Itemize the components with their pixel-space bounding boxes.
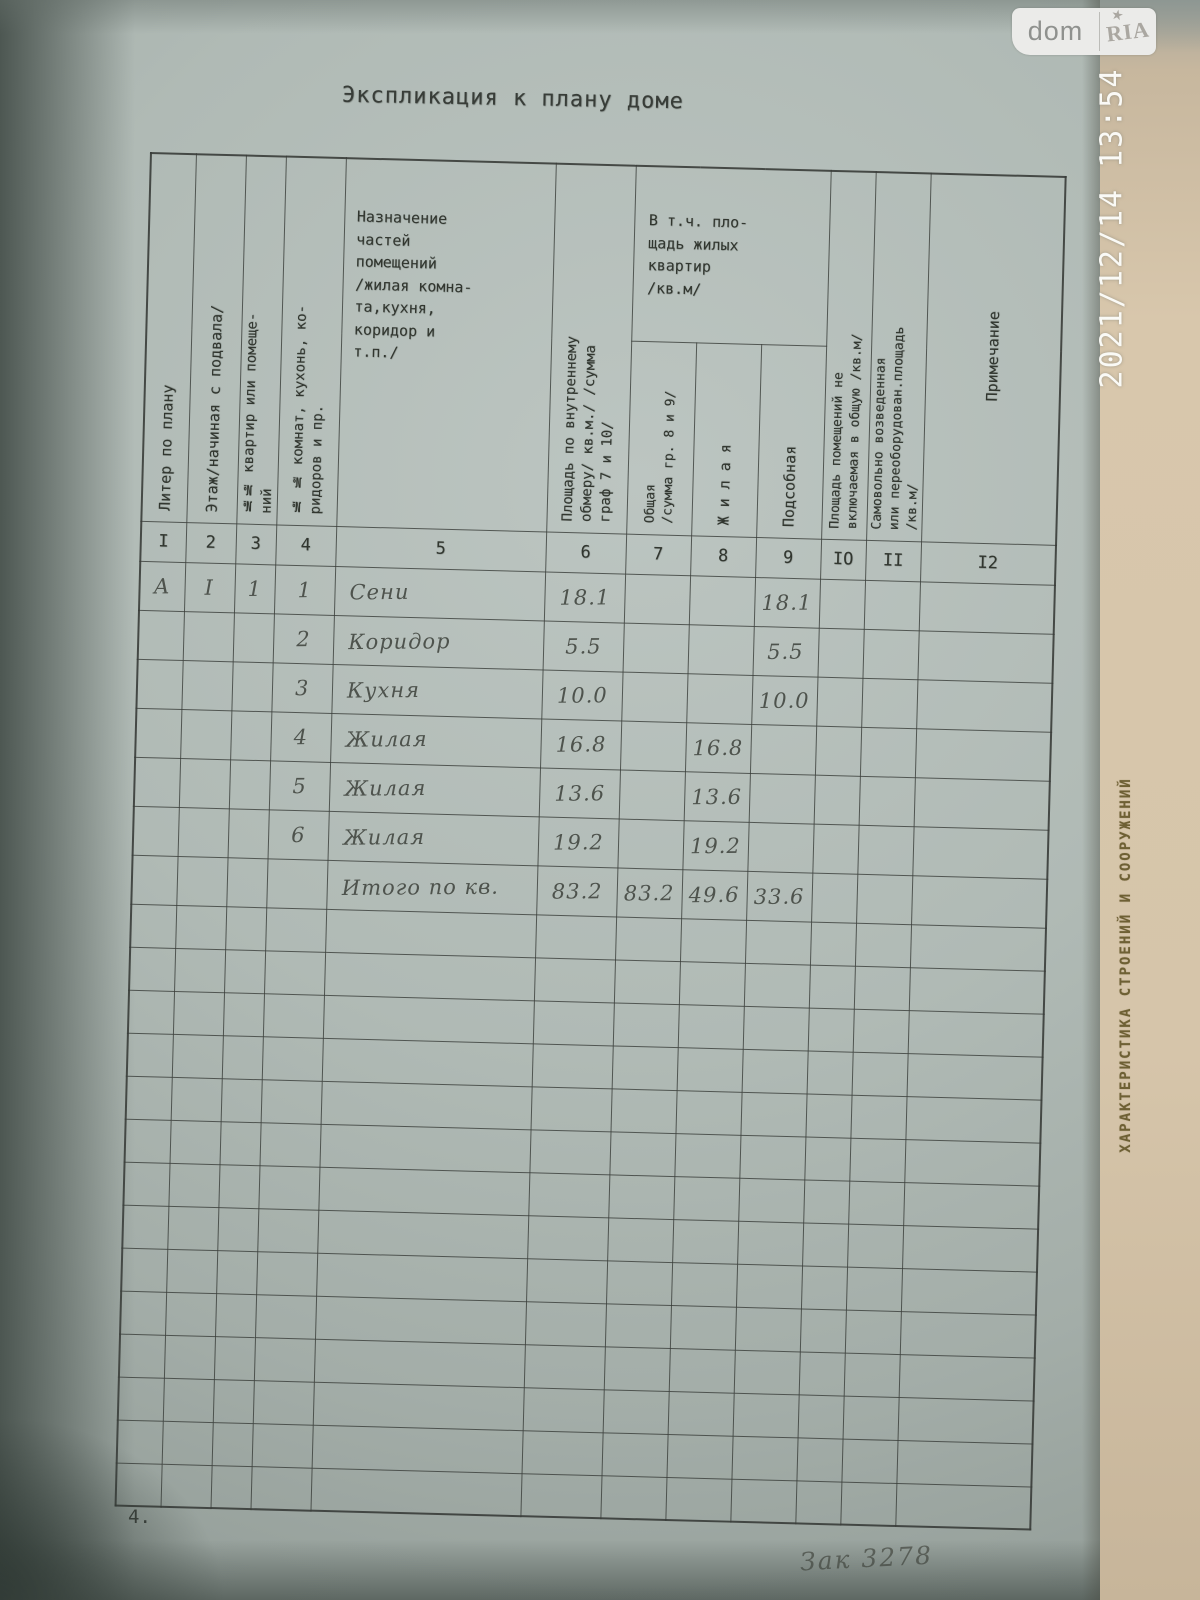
empty-cell: [730, 1479, 796, 1524]
empty-cell: [609, 1131, 675, 1176]
empty-cell: [900, 1311, 1036, 1358]
empty-cell: [847, 1224, 903, 1268]
table-cell: 19.2: [682, 820, 748, 871]
handwritten-value: 5.5: [565, 634, 602, 658]
empty-cell: [605, 1303, 671, 1348]
empty-cell: [670, 1305, 736, 1350]
empty-cell: [258, 1165, 319, 1210]
table-cell: [856, 874, 912, 924]
header-cell-col12: Примечание: [921, 173, 1066, 544]
column-number-cell: 8: [690, 535, 756, 577]
empty-cell: [846, 1267, 902, 1311]
empty-cell: [161, 1464, 212, 1508]
table-cell: Коридор: [333, 615, 544, 669]
empty-cell: [265, 907, 326, 952]
empty-cell: [120, 1291, 166, 1335]
table-cell: [919, 581, 1055, 634]
empty-cell: [118, 1377, 164, 1421]
table-cell: 19.2: [537, 816, 618, 867]
header-row-top: Литер по плануЭтаж/начиная с подвала/№№ …: [146, 153, 1065, 352]
empty-cell: [172, 1034, 223, 1078]
empty-cell: [321, 1081, 532, 1129]
table-cell: [623, 623, 689, 674]
empty-cell: [902, 1225, 1038, 1272]
empty-cell: [671, 1262, 737, 1307]
explication-table: Литер по плануЭтаж/начиная с подвала/№№ …: [115, 152, 1067, 1531]
empty-cell: [117, 1420, 163, 1464]
table-cell: [749, 773, 815, 824]
empty-cell: [666, 1434, 732, 1479]
empty-cell: [260, 1122, 321, 1167]
empty-cell: [164, 1335, 215, 1379]
empty-cell: [801, 1265, 847, 1309]
order-note: Зак 3278: [799, 1541, 933, 1577]
empty-cell: [903, 1182, 1039, 1229]
empty-cell: [904, 1139, 1040, 1186]
empty-cell: [848, 1181, 904, 1225]
empty-cell: [170, 1120, 221, 1164]
handwritten-value: 83.2: [624, 881, 675, 905]
empty-cell: [855, 923, 911, 967]
table-cell: [815, 726, 861, 776]
empty-cell: [803, 1179, 849, 1223]
empty-cell: [173, 991, 224, 1035]
empty-cell: [678, 1004, 744, 1049]
table-cell: [816, 677, 862, 727]
table-cell: [266, 858, 327, 909]
empty-cell: [731, 1436, 797, 1481]
empty-cell: [524, 1344, 605, 1389]
column-number-cell: 7: [625, 534, 691, 576]
empty-cell: [317, 1210, 528, 1258]
empty-cell: [532, 1043, 613, 1088]
empty-cell: [845, 1310, 901, 1354]
table-cell: I: [184, 562, 235, 612]
empty-cell: [908, 1010, 1044, 1057]
handwritten-value: 10.0: [556, 683, 607, 707]
empty-cell: [323, 995, 534, 1043]
handwritten-value: 13.6: [691, 784, 742, 808]
table-cell: [229, 759, 270, 809]
column-number-cell: 2: [185, 522, 236, 563]
header-text-col3: №№ квартир или помеще- ний: [238, 312, 281, 513]
table-cell: [912, 826, 1048, 879]
table-cell: [857, 825, 913, 875]
table-cell: 2: [273, 613, 334, 664]
empty-cell: [740, 1092, 806, 1137]
table-cell: [747, 822, 813, 873]
empty-cell: [122, 1205, 168, 1249]
handwritten-value: А: [154, 574, 171, 598]
empty-cell: [739, 1135, 805, 1180]
empty-cell: [174, 948, 225, 992]
empty-cell: [745, 920, 811, 965]
empty-cell: [800, 1308, 846, 1352]
empty-cell: [126, 1076, 172, 1120]
empty-cell: [212, 1422, 253, 1466]
empty-cell: [263, 993, 324, 1038]
handwritten-value: 16.8: [555, 732, 606, 756]
empty-cell: [254, 1337, 315, 1382]
handwritten-value: Кухня: [346, 677, 419, 702]
empty-cell: [218, 1164, 259, 1208]
empty-cell: [850, 1095, 906, 1139]
empty-cell: [798, 1394, 844, 1438]
handwritten-value: 16.8: [693, 735, 744, 759]
empty-cell: [734, 1350, 800, 1395]
table-cell: 83.2: [616, 867, 682, 918]
empty-cell: [675, 1090, 741, 1135]
empty-cell: [316, 1253, 527, 1301]
empty-cell: [854, 966, 910, 1010]
handwritten-value: 1: [247, 576, 262, 600]
empty-cell: [743, 1006, 809, 1051]
header-cell-group: В т.ч. пло- щадь жилых квартир /кв.м/: [631, 166, 831, 346]
document-page: Экспликация к плану доме Литер по плануЭ…: [0, 0, 1100, 1600]
empty-cell: [312, 1425, 523, 1473]
table-cell: [686, 673, 752, 724]
empty-cell: [899, 1354, 1035, 1401]
table-cell: [621, 672, 687, 723]
empty-cell: [315, 1296, 526, 1344]
table-cell: [138, 610, 184, 660]
table-cell: [226, 857, 267, 907]
table-cell: [689, 575, 755, 626]
empty-cell: [534, 957, 615, 1002]
empty-cell: [119, 1334, 165, 1378]
empty-cell: [253, 1380, 314, 1425]
empty-cell: [223, 992, 264, 1036]
table-cell: 18.1: [544, 571, 625, 622]
handwritten-value: 10.0: [759, 688, 810, 712]
empty-cell: [615, 916, 681, 961]
handwritten-value: 5: [292, 774, 307, 798]
empty-cell: [310, 1468, 521, 1516]
empty-cell: [127, 1033, 173, 1077]
table-cell: [228, 808, 269, 858]
empty-cell: [843, 1396, 899, 1440]
empty-cell: [677, 1047, 743, 1092]
empty-cell: [805, 1094, 851, 1138]
empty-cell: [810, 922, 856, 966]
empty-cell: [665, 1477, 731, 1522]
page-title: Экспликация к плану доме: [342, 83, 684, 115]
handwritten-value: 49.6: [689, 882, 740, 906]
empty-cell: [252, 1423, 313, 1468]
table-cell: [861, 678, 917, 728]
empty-cell: [603, 1389, 669, 1434]
camera-timestamp: 2021/12/14 13:54: [1095, 68, 1130, 389]
empty-cell: [224, 949, 265, 993]
empty-cell: [808, 1008, 854, 1052]
table-cell: 5.5: [753, 626, 819, 677]
empty-cell: [907, 1053, 1043, 1100]
empty-cell: [225, 906, 266, 950]
header-cell-col8: Ж и л а я: [691, 342, 761, 537]
table-cell: 4: [270, 711, 331, 762]
handwritten-value: 6: [291, 823, 306, 847]
table-cell: [180, 709, 231, 759]
empty-cell: [264, 950, 325, 995]
handwritten-value: 3: [295, 676, 310, 700]
empty-cell: [737, 1221, 803, 1266]
table-cell: Итого по кв.: [326, 860, 537, 914]
empty-cell: [531, 1086, 612, 1131]
table-cell: 3: [271, 662, 332, 713]
empty-cell: [608, 1174, 674, 1219]
table-cell: [617, 818, 683, 869]
header-text-col7: Общая /сумма гр. 8 и 9/: [641, 390, 680, 524]
empty-cell: [849, 1138, 905, 1182]
table-cell: 16.8: [540, 718, 621, 769]
table-cell: [750, 724, 816, 775]
empty-cell: [125, 1119, 171, 1163]
table-cell: [864, 580, 920, 630]
table-cell: Кухня: [331, 664, 542, 718]
column-number-cell: 4: [275, 524, 336, 566]
empty-cell: [523, 1387, 604, 1432]
empty-cell: [256, 1251, 317, 1296]
column-number-cell: 3: [235, 523, 276, 564]
empty-cell: [255, 1294, 316, 1339]
empty-cell: [796, 1437, 842, 1481]
empty-cell: [221, 1078, 262, 1122]
empty-cell: [529, 1129, 610, 1174]
table-cell: А: [139, 561, 185, 611]
column-number-cell: I: [140, 521, 186, 562]
table-cell: [181, 660, 232, 710]
column-number-cell: 6: [545, 532, 626, 574]
table-cell: [914, 777, 1050, 830]
empty-cell: [313, 1382, 524, 1430]
header-text-col12: Примечание: [982, 311, 1005, 402]
table-cell: 83.2: [536, 865, 617, 916]
empty-cell: [607, 1217, 673, 1262]
empty-cell: [669, 1348, 735, 1393]
table-cell: Жилая: [328, 811, 539, 865]
header-cell-col7: Общая /сумма гр. 8 и 9/: [626, 341, 696, 536]
handwritten-value: 83.2: [551, 879, 602, 903]
column-number-cell: I2: [920, 541, 1056, 585]
table-cell: [183, 611, 234, 661]
empty-cell: [522, 1430, 603, 1475]
table-cell: [178, 807, 229, 857]
empty-cell: [852, 1052, 908, 1096]
empty-cell: [324, 952, 535, 1000]
empty-cell: [251, 1466, 312, 1511]
table-cell: [917, 630, 1053, 683]
handwritten-value: 19.2: [553, 830, 604, 854]
table-cell: [916, 679, 1052, 732]
empty-cell: [526, 1258, 607, 1303]
empty-cell: [809, 965, 855, 1009]
header-cell-col6: Площадь по внутреннему обмеру/ кв.м./ /с…: [546, 164, 636, 534]
table-cell: 5: [269, 760, 330, 811]
empty-cell: [738, 1178, 804, 1223]
empty-cell: [679, 961, 745, 1006]
table-cell: [863, 629, 919, 679]
empty-cell: [804, 1136, 850, 1180]
header-text-col8: Ж и л а я: [714, 444, 736, 526]
table-cell: [131, 855, 177, 905]
empty-cell: [129, 947, 175, 991]
empty-cell: [844, 1353, 900, 1397]
empty-cell: [613, 1002, 679, 1047]
empty-cell: [166, 1249, 217, 1293]
handwritten-value: 4: [293, 725, 308, 749]
handwritten-value: 1: [297, 578, 312, 602]
empty-cell: [261, 1079, 322, 1124]
table-cell: 6: [268, 809, 329, 860]
handwritten-value: 19.2: [690, 833, 741, 857]
document-photo: Экспликация к плану доме Литер по плануЭ…: [0, 0, 1200, 1600]
empty-cell: [795, 1480, 841, 1524]
header-text-col1: Литер по плану: [154, 384, 178, 511]
empty-cell: [116, 1463, 162, 1507]
empty-cell: [672, 1219, 738, 1264]
table-cell: [133, 806, 179, 856]
empty-cell: [123, 1162, 169, 1206]
table-cell: Жилая: [329, 762, 540, 816]
empty-cell: [128, 990, 174, 1034]
empty-cell: [896, 1440, 1032, 1487]
empty-cell: [167, 1206, 218, 1250]
empty-cell: [535, 914, 616, 959]
table-cell: [176, 856, 227, 906]
empty-cell: [905, 1096, 1041, 1143]
logo-dom-text: dom: [1012, 8, 1099, 55]
empty-cell: [322, 1038, 533, 1086]
table-cell: [818, 628, 864, 678]
table-cell: 49.6: [681, 869, 747, 920]
empty-cell: [674, 1133, 740, 1178]
empty-cell: [262, 1036, 323, 1081]
handwritten-value: Жилая: [344, 776, 426, 801]
table-cell: [819, 579, 865, 629]
empty-cell: [520, 1473, 601, 1518]
handwritten-value: 2: [296, 627, 311, 651]
empty-cell: [736, 1264, 802, 1309]
empty-cell: [217, 1207, 258, 1251]
table-cell: [812, 824, 858, 874]
next-section-caption: ХАРАКТЕРИСТИКА СТРОЕНИЙ И СООРУЖЕНИЙ: [1118, 777, 1134, 1152]
empty-cell: [744, 963, 810, 1008]
table-cell: 5.5: [543, 620, 624, 671]
table-cell: 10.0: [541, 669, 622, 720]
empty-cell: [602, 1432, 668, 1477]
explication-table-grid: Литер по плануЭтаж/начиная с подвала/№№ …: [115, 152, 1067, 1531]
empty-cell: [840, 1482, 896, 1526]
table-cell: [136, 659, 182, 709]
handwritten-value: Коридор: [348, 629, 450, 654]
handwritten-value: Жилая: [345, 727, 427, 752]
empty-cell: [257, 1208, 318, 1253]
table-cell: [859, 776, 915, 826]
table-cell: [911, 875, 1047, 928]
empty-cell: [606, 1260, 672, 1305]
table-cell: [811, 873, 857, 923]
table-cell: [688, 624, 754, 675]
empty-cell: [735, 1307, 801, 1352]
empty-cell: [171, 1077, 222, 1121]
empty-cell: [898, 1397, 1034, 1444]
empty-cell: [319, 1124, 530, 1172]
empty-cell: [909, 967, 1045, 1014]
empty-cell: [165, 1292, 216, 1336]
table-cell: [179, 758, 230, 808]
table-cell: [233, 612, 274, 662]
table-cell: [860, 727, 916, 777]
empty-cell: [853, 1009, 909, 1053]
empty-cell: [214, 1336, 255, 1380]
handwritten-value: 33.6: [754, 884, 805, 908]
table-cell: Сени: [334, 566, 545, 620]
header-text-col10: Площадь помещений не включаемая в общую …: [826, 333, 866, 530]
header-text-group: В т.ч. пло- щадь жилых квартир /кв.м/: [647, 209, 825, 304]
header-text-col11: Самовольно возведенная или переоборудова…: [868, 326, 926, 531]
column-number-cell: IO: [820, 539, 866, 580]
table-cell: 33.6: [746, 871, 812, 922]
table-cell: [620, 721, 686, 772]
empty-cell: [220, 1121, 261, 1165]
header-cell-col4: № № комнат, кухонь, ко- ридоров и пр.: [276, 157, 346, 526]
empty-cell: [168, 1163, 219, 1207]
empty-cell: [802, 1222, 848, 1266]
handwritten-value: 5.5: [767, 639, 804, 663]
empty-cell: [612, 1045, 678, 1090]
empty-cell: [614, 959, 680, 1004]
column-number-cell: II: [865, 540, 921, 581]
table-cell: 1: [234, 563, 275, 613]
table-cell: 13.6: [684, 771, 750, 822]
empty-cell: [533, 1000, 614, 1045]
table-cell: 10.0: [751, 675, 817, 726]
empty-cell: [733, 1393, 799, 1438]
handwritten-value: Жилая: [343, 824, 425, 849]
table-cell: [619, 770, 685, 821]
empty-cell: [680, 918, 746, 963]
empty-cell: [604, 1346, 670, 1391]
table-cell: [231, 661, 272, 711]
empty-cell: [211, 1465, 252, 1509]
header-text-col2: Этаж/начиная с подвала/: [201, 304, 227, 512]
empty-cell: [841, 1439, 897, 1483]
empty-cell: [525, 1301, 606, 1346]
header-cell-col9: Подсобная: [756, 344, 826, 539]
table-cell: [915, 728, 1051, 781]
empty-cell: [742, 1049, 808, 1094]
empty-cell: [213, 1379, 254, 1423]
header-text-col4: № № комнат, кухонь, ко- ридоров и пр.: [288, 305, 331, 515]
handwritten-value: 18.1: [761, 590, 812, 614]
domria-logo: dom ★ RIA: [1012, 8, 1156, 55]
empty-cell: [318, 1167, 529, 1215]
empty-cell: [668, 1391, 734, 1436]
empty-cell: [895, 1483, 1031, 1530]
empty-cell: [673, 1176, 739, 1221]
empty-cell: [121, 1248, 167, 1292]
empty-cell: [325, 909, 536, 957]
empty-cell: [600, 1475, 666, 1520]
table-cell: 18.1: [754, 577, 820, 628]
table-cell: [624, 574, 690, 625]
empty-cell: [528, 1172, 609, 1217]
handwritten-value: Сени: [349, 579, 409, 604]
table-cell: 16.8: [685, 722, 751, 773]
empty-cell: [807, 1051, 853, 1095]
empty-cell: [163, 1378, 214, 1422]
header-cell-col5: Назначение частей помещений /жилая комна…: [336, 158, 556, 531]
